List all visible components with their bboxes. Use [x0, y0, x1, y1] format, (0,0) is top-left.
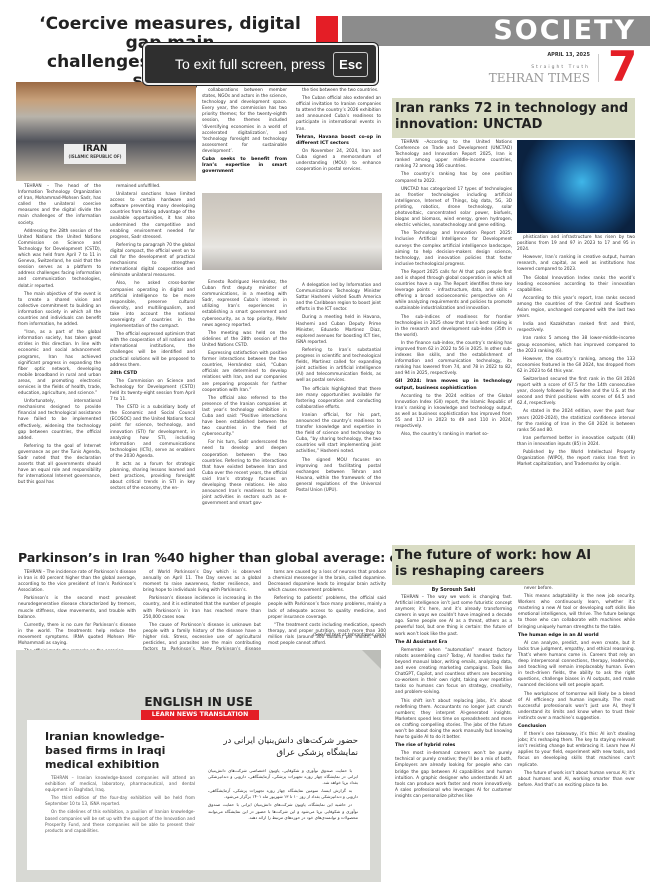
fullscreen-exit-text: To exit full screen, press — [175, 56, 325, 72]
article1-col1: TEHRAN – The head of the Information Tec… — [18, 184, 101, 489]
article2-col1: TEHRAN –According to the United Nations … — [395, 140, 512, 440]
article1-col4-top: the ties between the two countries.The C… — [296, 88, 381, 175]
paragraph: If there’s one takeaway, it’s this: AI i… — [518, 732, 635, 769]
paragraph: toms are caused by a loss of neurons tha… — [268, 570, 386, 594]
paragraph: However, the country’s ranking, among th… — [517, 357, 635, 375]
paragraph: It acts as a forum for strategic plannin… — [110, 462, 195, 492]
paragraph: UNCTAD has categorized 17 types of techn… — [395, 187, 512, 230]
paragraph: Referring to Iran’s substantial progress… — [296, 348, 381, 385]
article2-photo-laptop — [517, 140, 635, 233]
paragraph: of World Parkinson’s Day which is observ… — [143, 570, 261, 594]
fullscreen-exit-notice: To exit full screen, press Esc — [143, 43, 378, 85]
article4-byline: By Soroush Saki — [395, 588, 512, 593]
subheading: The human edge in an AI world — [518, 633, 635, 639]
newspaper-name: TEHRAN TIMES — [480, 71, 590, 85]
persian-article-body: با حمایت صندوق نوآوری و شکوفایی، پاویون … — [208, 768, 358, 823]
paragraph: به گزارش ایسنا، سومین نمایشگاه چهار روزه… — [208, 788, 358, 800]
paragraph: Parkinson’s disease incidence is increas… — [143, 596, 261, 620]
paragraph: The official also referred to the presen… — [202, 396, 287, 439]
paragraph: Published by the World Intellectual Prop… — [517, 450, 635, 468]
subheading: The rise of hybrid roles — [395, 743, 512, 749]
paragraph: During a meeting held in Havana, Hashemi… — [296, 315, 381, 345]
nameplate: IRAN (ISLAMIC REPUBLIC OF) — [64, 144, 126, 164]
paragraph: TEHRAN – The head of the Information Tec… — [18, 184, 101, 227]
paragraph: The Global Innovation Index ranks the wo… — [517, 276, 635, 294]
paragraph: Unilateral sanctions have limited access… — [110, 192, 195, 241]
paragraph: On the sidelines of this exhibition, a p… — [45, 809, 195, 833]
subheading: The AI Assistant Era — [395, 640, 512, 646]
subheading: Cuba seeks to benefit from Iran’s expert… — [202, 157, 287, 175]
english-in-use-title: ENGLISH IN USE — [16, 695, 381, 709]
headline-line: The future of work: how AI — [395, 548, 635, 564]
nameplate-country: IRAN — [64, 144, 126, 154]
paragraph: The country’s ranking has by one positio… — [395, 172, 512, 184]
paragraph: The most in-demand careers won’t be pure… — [395, 751, 512, 800]
paragraph: India and Kazakhstan ranked first and th… — [517, 322, 635, 334]
paragraph: The meeting was held on the sidelines of… — [202, 331, 287, 349]
nameplate-sub: (ISLAMIC REPUBLIC OF) — [64, 154, 126, 159]
headline-line: Iran ranks 72 in technology and — [395, 101, 635, 117]
paragraph: The Cuban official also extended an offi… — [296, 96, 381, 133]
paragraph: collaborations between member states, NG… — [202, 88, 287, 155]
paragraph: The main objective of the event is to cr… — [18, 292, 101, 329]
paragraph: the ties between the two countries. — [296, 88, 381, 94]
esc-key-badge: Esc — [333, 52, 368, 77]
headline-line: is reshaping careers — [395, 564, 635, 580]
paragraph: The Technology and Innovation Report 202… — [395, 231, 512, 268]
paragraph: Addressing the 28th session of the Unite… — [18, 229, 101, 290]
paragraph: According to this year’s report, Iran ra… — [517, 296, 635, 320]
paragraph: The workplaces of tomorrow will likely b… — [518, 692, 635, 722]
article2-col2: phistication and infrastructure has rise… — [517, 235, 635, 470]
paragraph: The sub-indices of readiness for frontie… — [395, 315, 512, 339]
article3-col2: of World Parkinson’s Day which is observ… — [143, 570, 261, 661]
article1-col3-top: collaborations between member states, NG… — [202, 88, 287, 177]
paragraph: TEHRAN – Iranian knowledge-based compani… — [45, 775, 195, 793]
paragraph: For his turn, Sadr underscored the need … — [202, 440, 287, 507]
article1-col4: A delegation led by Information and Comm… — [296, 283, 381, 496]
paragraph: TEHRAN –According to the United Nations … — [395, 140, 512, 170]
article2-headline: Iran ranks 72 in technology and innovati… — [395, 101, 635, 133]
paragraph: Switzerland secured the first rank in th… — [517, 377, 635, 407]
paragraph: never before. — [518, 586, 635, 592]
paragraph: The officials highlighted that there are… — [296, 387, 381, 411]
paragraph: The official expressed optimism that wit… — [110, 332, 195, 369]
english-article-headline: Iranian knowledge-based firms in Iraqi m… — [45, 730, 185, 772]
paragraph: “Iran, as a part of the global informati… — [18, 330, 101, 397]
paragraph: Referring to patients’ problems, the off… — [268, 596, 386, 620]
paragraph: However, Iran’s ranking in creative outp… — [517, 255, 635, 273]
subheading: 28th CSTD — [110, 371, 195, 377]
paragraph: The Report 2025 calls for AI that puts p… — [395, 270, 512, 313]
masthead-info: APRIL 13, 2025 Straight Truth TEHRAN TIM… — [480, 52, 590, 85]
page-number: 7 — [608, 46, 637, 88]
article1-col2: remained unfulfilled.Unilateral sanction… — [110, 184, 195, 495]
masthead-divider — [598, 54, 599, 82]
corner-fold — [362, 650, 381, 669]
paragraph: Remember when “automation” meant factory… — [395, 648, 512, 697]
article1-photo-meeting — [202, 193, 382, 270]
english-article-body: TEHRAN – Iranian knowledge-based compani… — [45, 775, 195, 836]
paragraph: This shift isn’t about replacing jobs, i… — [395, 699, 512, 742]
article3-footnote[interactable]: (See full text at tehrantimes.com) — [268, 633, 386, 638]
article4-headline: The future of work: how AI is reshaping … — [395, 548, 635, 580]
paragraph: Referring to the goal of Internet govern… — [18, 444, 101, 487]
paragraph: As stated in the 2024 edition, over the … — [517, 409, 635, 433]
paragraph: TEHRAN – The way we work is changing fas… — [395, 595, 512, 638]
paragraph: In the finance sub-index, the country’s … — [395, 341, 512, 378]
article1-photo-delegates: IRAN (ISLAMIC REPUBLIC OF) — [16, 82, 196, 181]
paragraph: According to the 2024 edition of the Glo… — [395, 394, 512, 431]
paragraph: AI can analyze, predict, and even create… — [518, 641, 635, 690]
paragraph: The future of work isn’t about human ver… — [518, 771, 635, 789]
paragraph: Also, the country’s ranking in market so… — [395, 432, 512, 438]
paragraph: The Commission on Science and Technology… — [110, 379, 195, 403]
paragraph: Also, he asked cross-border companies op… — [110, 281, 195, 330]
tagline: Straight Truth — [480, 65, 590, 70]
english-in-use-subtitle: LEARN NEWS TRANSLATION — [141, 711, 259, 718]
paragraph: phistication and infrastructure has rise… — [517, 235, 635, 253]
section-banner: SOCIETY — [342, 16, 650, 46]
paragraph: Currently, there is no cure for Parkinso… — [18, 623, 136, 647]
subheading: GII 2024: Iran moves up in technology ou… — [395, 379, 512, 391]
paragraph: در حاشیه این نمایشگاه، پاویون شرکت‌های د… — [208, 802, 358, 820]
article4-col1: TEHRAN – The way we work is changing fas… — [395, 595, 512, 802]
issue-date: APRIL 13, 2025 — [480, 52, 590, 58]
paragraph: On November 24, 2024, Iran and Cuba sign… — [296, 149, 381, 173]
paragraph: remained unfulfilled. — [110, 184, 195, 190]
article1-col3: Ernesto Rodríguez Hernández, the Cuban f… — [202, 280, 287, 509]
paragraph: TEHRAN – The incidence rate of Parkinson… — [18, 570, 136, 594]
paragraph: Iran ranks 5 among the 38 lower-middle-i… — [517, 336, 635, 354]
persian-article-headline: حضور شرکت‌های دانش‌بنیان ایرانی در نمایش… — [208, 735, 358, 759]
headline-line: innovation: UNCTAD — [395, 117, 635, 133]
paragraph: A delegation led by Information and Comm… — [296, 283, 381, 313]
paragraph: Parkinson’s is the second most prevalent… — [18, 596, 136, 620]
paragraph: The CSTD is a subsidiary body of the Eco… — [110, 405, 195, 460]
paragraph: Iran performed better in innovation outp… — [517, 436, 635, 448]
paragraph: The signed MOU focuses on improving and … — [296, 458, 381, 495]
paragraph: Unfortunately, international mechanisms … — [18, 399, 101, 442]
subheading: Conclusion — [518, 724, 635, 730]
subheading: Tehran, Havana boost co-op in different … — [296, 135, 381, 147]
paragraph: Referring to paragraph 70 the global dig… — [110, 243, 195, 280]
paragraph: This means adaptability is the new job s… — [518, 594, 635, 631]
paragraph: Expressing satisfaction with positive fo… — [202, 351, 287, 394]
paragraph: Iranian official, for his part, announce… — [296, 413, 381, 456]
paragraph: The third edition of the four-day exhibi… — [45, 795, 195, 807]
paragraph: با حمایت صندوق نوآوری و شکوفایی، پاویون … — [208, 768, 358, 786]
article4-col2: never before.This means adaptability is … — [518, 586, 635, 791]
article3-col1: TEHRAN – The incidence rate of Parkinson… — [18, 570, 136, 657]
paragraph: Ernesto Rodríguez Hernández, the Cuban f… — [202, 280, 287, 329]
article3-headline: Parkinson’s in Iran %40 higher than glob… — [18, 550, 388, 565]
